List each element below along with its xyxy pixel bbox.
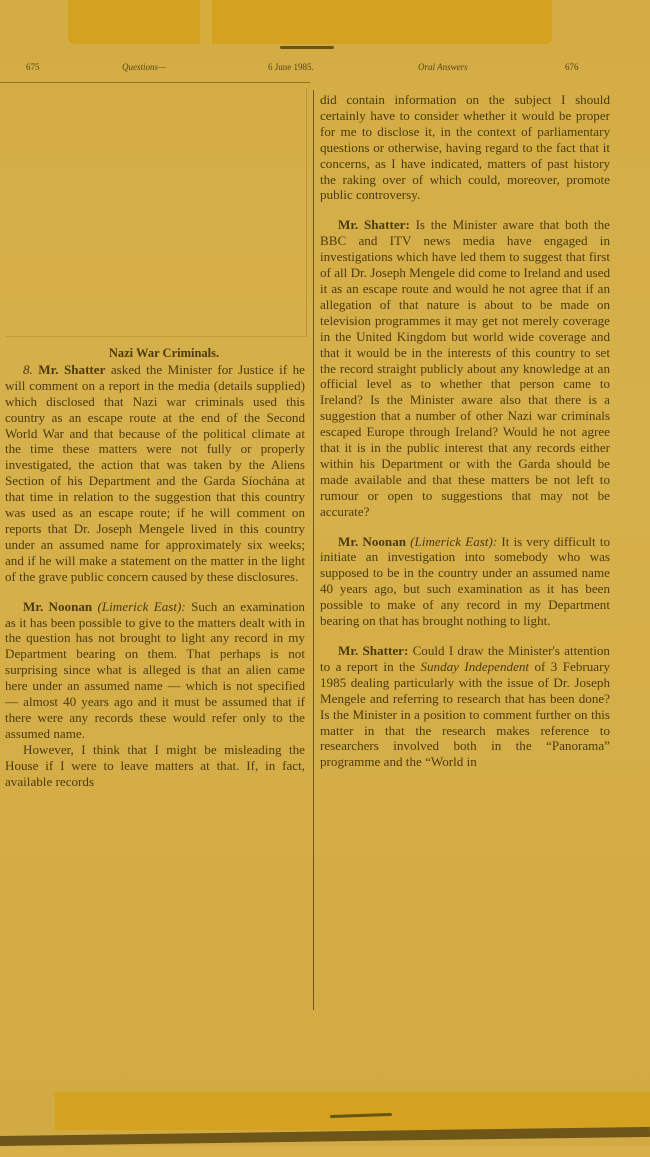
answer-paragraph: Mr. Noonan (Limerick East): Such an exam…	[5, 599, 305, 742]
top-band-gap	[200, 0, 212, 44]
supplementary-1-text: Is the Minister aware that both the BBC …	[320, 217, 610, 518]
supplementary-2-text-after: of 3 February 1985 dealing particularly …	[320, 659, 610, 769]
question-paragraph: 8. Mr. Shatter asked the Minister for Ju…	[5, 362, 305, 585]
header-date: 6 June 1985.	[268, 62, 314, 72]
bottom-paper-edge	[0, 1146, 650, 1157]
supplementary-1-speaker: Mr. Shatter:	[338, 217, 410, 232]
column-divider	[313, 90, 314, 1010]
publication-name: Sunday Independent	[420, 659, 529, 674]
blank-area	[6, 88, 307, 337]
continuation-paragraph: did contain information on the subject I…	[320, 92, 610, 203]
top-highlight-band	[68, 0, 552, 44]
question-text: asked the Minister for Justice if he wil…	[5, 362, 305, 584]
section-title: Nazi War Criminals.	[5, 346, 305, 362]
answer-speaker: Mr. Noonan	[23, 599, 92, 614]
question-speaker: Mr. Shatter	[38, 362, 105, 377]
supplementary-1-paragraph: Mr. Shatter: Is the Minister aware that …	[320, 217, 610, 519]
left-running-title: Questions—	[122, 62, 166, 72]
reply-1-speaker: Mr. Noonan	[338, 534, 406, 549]
question-number: 8.	[23, 362, 33, 377]
answer-constituency: (Limerick East):	[98, 599, 186, 614]
bottom-highlight-band	[55, 1092, 650, 1130]
reply-1-constituency: (Limerick East):	[410, 534, 497, 549]
right-column: did contain information on the subject I…	[320, 92, 610, 770]
answer-text: Such an examination as it has been possi…	[5, 599, 305, 741]
right-page-number: 676	[565, 62, 579, 72]
reply-1-paragraph: Mr. Noonan (Limerick East): It is very d…	[320, 534, 610, 629]
right-running-title: Oral Answers	[418, 62, 468, 72]
page-header: 675 Questions— 6 June 1985. Oral Answers…	[0, 62, 650, 82]
answer-continuation: However, I think that I might be mislead…	[5, 742, 305, 790]
supplementary-2-paragraph: Mr. Shatter: Could I draw the Minister's…	[320, 643, 610, 770]
top-dash-mark	[280, 46, 334, 49]
supplementary-2-speaker: Mr. Shatter:	[338, 643, 408, 658]
header-rule	[0, 82, 310, 83]
left-column: Nazi War Criminals. 8. Mr. Shatter asked…	[5, 346, 305, 789]
left-page-number: 675	[26, 62, 40, 72]
